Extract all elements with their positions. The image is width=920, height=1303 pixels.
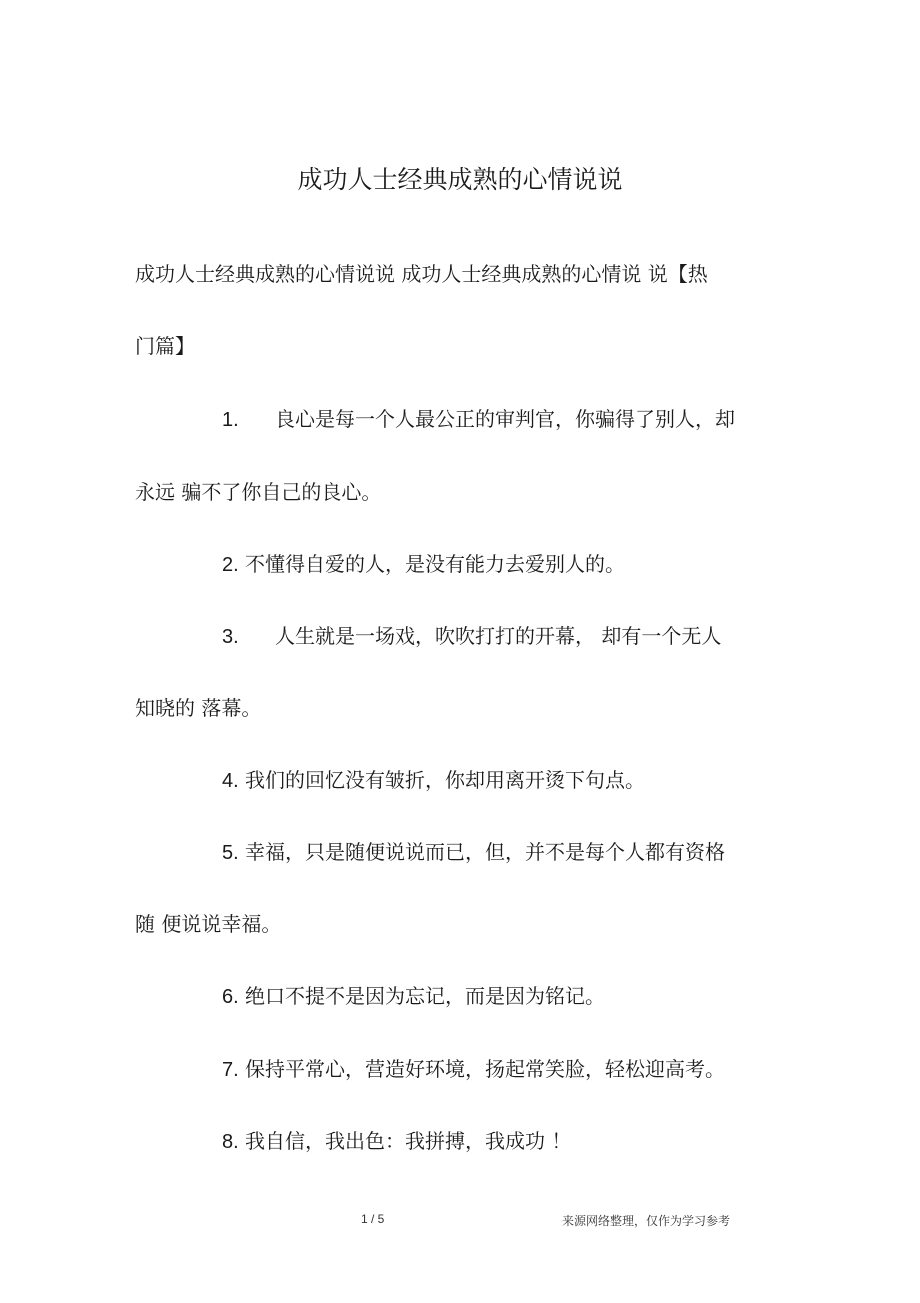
- item-number: 6.: [222, 986, 239, 1008]
- list-item: 2. 不懂得自爱的人，是没有能力去爱别人的。: [222, 548, 625, 577]
- item-number: 5.: [222, 842, 239, 864]
- intro-line-2: 门篇】: [135, 330, 195, 359]
- item-text: 良心是每一个人最公正的审判官，你骗得了别人，却: [275, 407, 735, 431]
- list-item: 4. 我们的回忆没有皱折，你却用离开烫下句点。: [222, 764, 645, 793]
- item-text: 幸福，只是随便说说而已，但，并不是每个人都有资格: [245, 840, 725, 864]
- item-number: 8.: [222, 1131, 239, 1153]
- source-note: 来源网络整理，仅作为学习参考: [562, 1212, 730, 1229]
- item-text-continued: 随 便说说幸福。: [135, 908, 281, 937]
- list-item: 1. 良心是每一个人最公正的审判官，你骗得了别人，却: [222, 403, 735, 432]
- item-number: 7.: [222, 1059, 239, 1081]
- item-text: 绝口不提不是因为忘记，而是因为铭记。: [245, 984, 605, 1008]
- item-text: 不懂得自爱的人，是没有能力去爱别人的。: [245, 552, 625, 576]
- intro-line-1: 成功人士经典成熟的心情说说 成功人士经典成熟的心情说 说【热: [135, 258, 708, 287]
- item-number: 3.: [222, 626, 239, 648]
- list-item: 3. 人生就是一场戏，吹吹打打的开幕， 却有一个无人: [222, 620, 721, 649]
- item-number: 2.: [222, 554, 239, 576]
- item-number: 4.: [222, 770, 239, 792]
- item-text: 我们的回忆没有皱折，你却用离开烫下句点。: [245, 768, 645, 792]
- page-indicator: 1 / 5: [361, 1212, 384, 1226]
- list-item: 7. 保持平常心，营造好环境，扬起常笑脸，轻松迎高考。: [222, 1053, 725, 1082]
- item-text-continued: 永远 骗不了你自己的良心。: [135, 476, 381, 505]
- list-item: 6. 绝口不提不是因为忘记，而是因为铭记。: [222, 980, 605, 1009]
- document-title: 成功人士经典成熟的心情说说: [0, 160, 920, 196]
- item-text: 人生就是一场戏，吹吹打打的开幕， 却有一个无人: [275, 624, 721, 648]
- item-text: 我自信，我出色：我拼搏，我成功 ！: [245, 1129, 571, 1153]
- item-number: 1.: [222, 409, 239, 431]
- list-item: 8. 我自信，我出色：我拼搏，我成功 ！: [222, 1125, 571, 1154]
- item-text: 保持平常心，营造好环境，扬起常笑脸，轻松迎高考。: [245, 1057, 725, 1081]
- item-text-continued: 知晓的 落幕。: [135, 692, 261, 721]
- list-item: 5. 幸福，只是随便说说而已，但，并不是每个人都有资格: [222, 836, 725, 865]
